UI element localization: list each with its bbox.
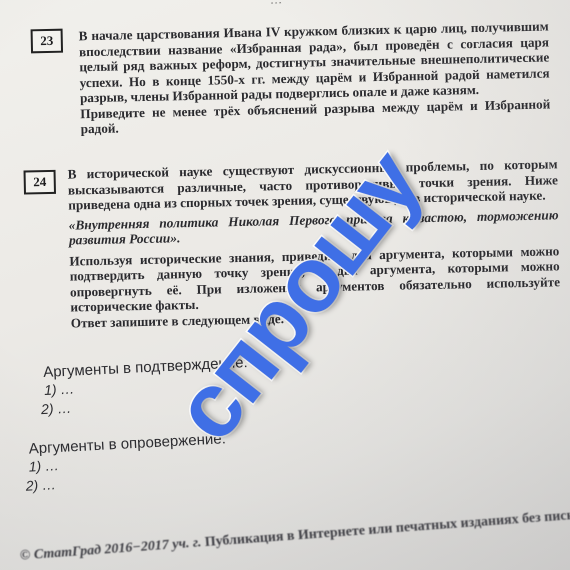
footer: © СтатГрад 2016−2017 уч. г. Публикация в… bbox=[19, 505, 570, 565]
refute-arguments: Аргументы в опровержение: 1) … 2) … bbox=[28, 430, 228, 495]
task-instruction: Используя исторические знания, приведите… bbox=[69, 243, 560, 315]
support-arguments: Аргументы в подтверждение: 1) … 2) … bbox=[43, 354, 250, 419]
task-text: В начале царствования Ивана IV кружком б… bbox=[79, 18, 551, 136]
task-number-box: 24 bbox=[24, 170, 56, 195]
footer-copyright: © СтатГрад 2016−2017 уч. г. bbox=[19, 535, 201, 563]
task-paragraph: В начале царствования Ивана IV кружком б… bbox=[79, 18, 551, 105]
task-intro: В исторической науке существуют дискусси… bbox=[67, 156, 558, 213]
document-photo: … 23 В начале царствования Ивана IV круж… bbox=[0, 0, 570, 570]
cut-off-top-line: … bbox=[270, 0, 550, 3]
task-number-box: 23 bbox=[31, 29, 63, 54]
footer-text: Публикация в Интернете или печатных изда… bbox=[204, 508, 570, 550]
task-quote: «Внутренняя политика Николая Первого при… bbox=[68, 207, 559, 248]
task-text: В исторической науке существуют дискусси… bbox=[67, 156, 560, 330]
